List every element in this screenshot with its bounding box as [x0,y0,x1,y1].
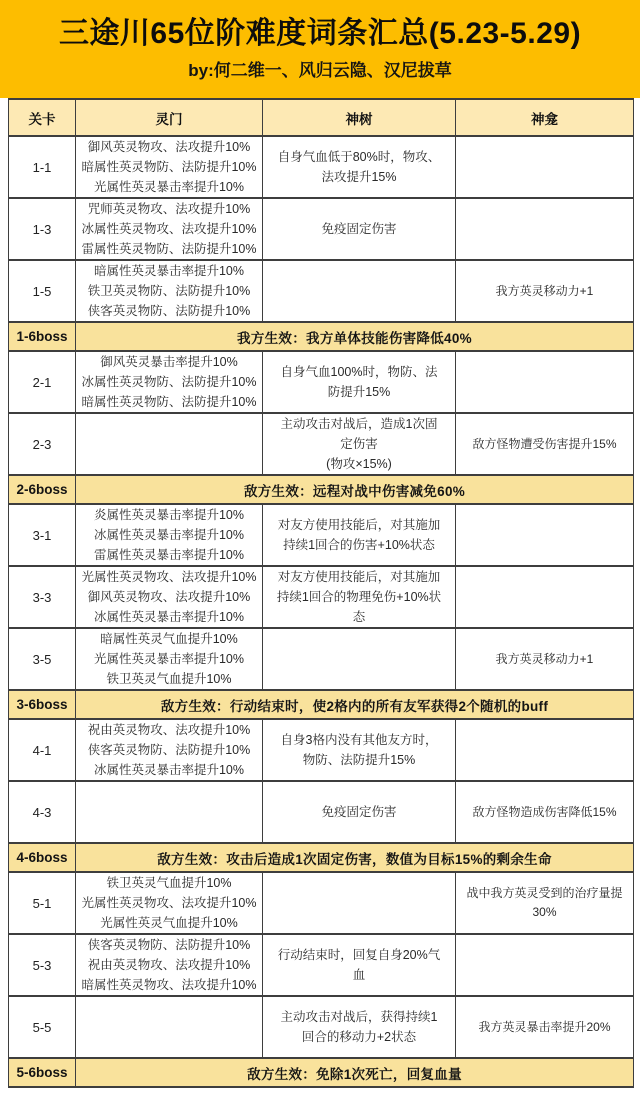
page-subtitle: by:何二维一、风归云隐、汉尼拔草 [188,56,452,81]
table-row-5-1: 5-1 铁卫英灵气血提升10% 光属性英灵物攻、法攻提升10% 光属性英灵气血提… [9,872,634,934]
boss-effect-cell: 敌方生效：行动结束时，使2格内的所有友军获得2个随机的buff [76,690,634,719]
buff-line: 暗属性英灵暴击率提升10% [78,261,260,281]
table-row-3-3: 3-3 光属性英灵物攻、法攻提升10% 御风英灵物攻、法攻提升10% 冰属性英灵… [9,566,634,628]
shenkan-cell [456,136,634,198]
lingmen-cell [76,781,263,843]
shenkan-cell: 我方英灵移动力+1 [456,628,634,690]
lingmen-cell: 光属性英灵物攻、法攻提升10% 御风英灵物攻、法攻提升10% 冰属性英灵暴击率提… [76,566,263,628]
buff-line: 光属性英灵暴击率提升10% [78,649,260,669]
buff-line: 御风英灵物攻、法攻提升10% [78,137,260,157]
col-header-shenkan: 神龛 [456,99,634,136]
lingmen-cell: 侠客英灵物防、法防提升10% 祝由英灵物攻、法攻提升10% 暗属性英灵物攻、法攻… [76,934,263,996]
shenkan-cell: 敌方怪物遭受伤害提升15% [456,413,634,475]
buff-line: 冰属性英灵物防、法防提升10% [78,372,260,392]
lingmen-cell: 炎属性英灵暴击率提升10% 冰属性英灵暴击率提升10% 雷属性英灵暴击率提升10… [76,504,263,566]
lingmen-cell: 暗属性英灵暴击率提升10% 铁卫英灵物防、法防提升10% 侠客英灵物防、法防提升… [76,260,263,322]
boss-level-cell: 3-6boss [9,690,76,719]
shenkan-cell [456,566,634,628]
shenshu-cell: 自身气血100%时，物防、法防提升15% [263,351,456,413]
lingmen-cell: 暗属性英灵气血提升10% 光属性英灵暴击率提升10% 铁卫英灵气血提升10% [76,628,263,690]
table-row-1-1: 1-1 御风英灵物攻、法攻提升10% 暗属性英灵物防、法防提升10% 光属性英灵… [9,136,634,198]
boss-effect-cell: 敌方生效：攻击后造成1次固定伤害，数值为目标15%的剩余生命 [76,843,634,872]
buff-line: 咒师英灵物攻、法攻提升10% [78,199,260,219]
buff-line: 炎属性英灵暴击率提升10% [78,505,260,525]
buff-line: 雷属性英灵暴击率提升10% [78,545,260,565]
level-cell: 1-5 [9,260,76,322]
shenshu-cell [263,260,456,322]
buff-line: 御风英灵暴击率提升10% [78,352,260,372]
buff-line: 暗属性英灵气血提升10% [78,629,260,649]
lingmen-cell: 铁卫英灵气血提升10% 光属性英灵物攻、法攻提升10% 光属性英灵气血提升10% [76,872,263,934]
level-cell: 4-1 [9,719,76,781]
level-cell: 5-1 [9,872,76,934]
level-cell: 5-5 [9,996,76,1058]
buff-line: 冰属性英灵物攻、法攻提升10% [78,219,260,239]
buff-line: 暗属性英灵物防、法防提升10% [78,392,260,412]
shenshu-cell: 免疫固定伤害 [263,198,456,260]
lingmen-cell: 祝由英灵物攻、法攻提升10% 侠客英灵物防、法防提升10% 冰属性英灵暴击率提升… [76,719,263,781]
shenshu-cell: 行动结束时，回复自身20%气血 [263,934,456,996]
lingmen-cell: 咒师英灵物攻、法攻提升10% 冰属性英灵物攻、法攻提升10% 雷属性英灵物防、法… [76,198,263,260]
shenkan-cell [456,934,634,996]
lingmen-cell: 御风英灵暴击率提升10% 冰属性英灵物防、法防提升10% 暗属性英灵物防、法防提… [76,351,263,413]
header-row: 关卡 灵门 神树 神龛 [9,99,634,136]
buff-line: 铁卫英灵气血提升10% [78,873,260,893]
buff-line: 铁卫英灵气血提升10% [78,669,260,689]
boss-row-3-6: 3-6boss 敌方生效：行动结束时，使2格内的所有友军获得2个随机的buff [9,690,634,719]
buff-line: 光属性英灵暴击率提升10% [78,177,260,197]
buff-line: 光属性英灵气血提升10% [78,913,260,933]
shenshu-cell [263,872,456,934]
table-row-5-3: 5-3 侠客英灵物防、法防提升10% 祝由英灵物攻、法攻提升10% 暗属性英灵物… [9,934,634,996]
level-cell: 2-3 [9,413,76,475]
table-row-3-5: 3-5 暗属性英灵气血提升10% 光属性英灵暴击率提升10% 铁卫英灵气血提升1… [9,628,634,690]
shenkan-cell: 战中我方英灵受到的治疗量提30% [456,872,634,934]
level-cell: 3-1 [9,504,76,566]
shenshu-cell: 对友方使用技能后，对其施加持续1回合的伤害+10%状态 [263,504,456,566]
page-title: 三途川65位阶难度词条汇总(5.23-5.29) [59,17,581,51]
shenshu-cell: 自身3格内没有其他友方时，物防、法防提升15% [263,719,456,781]
buff-line: 侠客英灵物防、法防提升10% [78,301,260,321]
buff-line: 雷属性英灵物防、法防提升10% [78,239,260,259]
buff-line: 冰属性英灵暴击率提升10% [78,607,260,627]
boss-level-cell: 1-6boss [9,322,76,351]
level-cell: 2-1 [9,351,76,413]
shenkan-cell: 敌方怪物造成伤害降低15% [456,781,634,843]
table-row-4-1: 4-1 祝由英灵物攻、法攻提升10% 侠客英灵物防、法防提升10% 冰属性英灵暴… [9,719,634,781]
lingmen-cell: 御风英灵物攻、法攻提升10% 暗属性英灵物防、法防提升10% 光属性英灵暴击率提… [76,136,263,198]
col-header-shenshu: 神树 [263,99,456,136]
lingmen-cell [76,413,263,475]
col-header-lingmen: 灵门 [76,99,263,136]
shenshu-cell: 主动攻击对战后，造成1次固定伤害 (物攻×15%) [263,413,456,475]
boss-row-2-6: 2-6boss 敌方生效：远程对战中伤害减免60% [9,475,634,504]
buff-line: 御风英灵物攻、法攻提升10% [78,587,260,607]
boss-effect-cell: 我方生效：我方单体技能伤害降低40% [76,322,634,351]
buff-line: 暗属性英灵物防、法防提升10% [78,157,260,177]
buff-line: 暗属性英灵物攻、法攻提升10% [78,975,260,995]
buff-line: 侠客英灵物防、法防提升10% [78,740,260,760]
shenshu-cell: 免疫固定伤害 [263,781,456,843]
boss-level-cell: 2-6boss [9,475,76,504]
boss-level-cell: 4-6boss [9,843,76,872]
level-cell: 1-1 [9,136,76,198]
col-header-level: 关卡 [9,99,76,136]
table-row-3-1: 3-1 炎属性英灵暴击率提升10% 冰属性英灵暴击率提升10% 雷属性英灵暴击率… [9,504,634,566]
title-banner: 三途川65位阶难度词条汇总(5.23-5.29) by:何二维一、风归云隐、汉尼… [0,0,640,98]
table-row-2-1: 2-1 御风英灵暴击率提升10% 冰属性英灵物防、法防提升10% 暗属性英灵物防… [9,351,634,413]
shenshu-cell: 对友方使用技能后，对其施加持续1回合的物理免伤+10%状态 [263,566,456,628]
buff-line: 铁卫英灵物防、法防提升10% [78,281,260,301]
lingmen-cell [76,996,263,1058]
difficulty-table: 关卡 灵门 神树 神龛 1-1 御风英灵物攻、法攻提升10% 暗属性英灵物防、法… [8,98,634,1088]
table-row-4-3: 4-3 免疫固定伤害 敌方怪物造成伤害降低15% [9,781,634,843]
shenkan-cell [456,351,634,413]
buff-line: 冰属性英灵暴击率提升10% [78,760,260,780]
buff-line: 光属性英灵物攻、法攻提升10% [78,567,260,587]
buff-line: 光属性英灵物攻、法攻提升10% [78,893,260,913]
boss-row-5-6: 5-6boss 敌方生效：免除1次死亡，回复血量 [9,1058,634,1087]
boss-effect-cell: 敌方生效：免除1次死亡，回复血量 [76,1058,634,1087]
boss-row-4-6: 4-6boss 敌方生效：攻击后造成1次固定伤害，数值为目标15%的剩余生命 [9,843,634,872]
buff-line: 侠客英灵物防、法防提升10% [78,935,260,955]
boss-effect-cell: 敌方生效：远程对战中伤害减免60% [76,475,634,504]
shenshu-cell [263,628,456,690]
buff-line: 祝由英灵物攻、法攻提升10% [78,720,260,740]
table-row-2-3: 2-3 主动攻击对战后，造成1次固定伤害 (物攻×15%) 敌方怪物遭受伤害提升… [9,413,634,475]
shenshu-cell: 主动攻击对战后，获得持续1回合的移动力+2状态 [263,996,456,1058]
shenkan-cell [456,719,634,781]
buff-line: 祝由英灵物攻、法攻提升10% [78,955,260,975]
shenkan-cell: 我方英灵移动力+1 [456,260,634,322]
shenkan-cell [456,198,634,260]
table-row-1-5: 1-5 暗属性英灵暴击率提升10% 铁卫英灵物防、法防提升10% 侠客英灵物防、… [9,260,634,322]
level-cell: 3-3 [9,566,76,628]
boss-row-1-6: 1-6boss 我方生效：我方单体技能伤害降低40% [9,322,634,351]
level-cell: 4-3 [9,781,76,843]
table-row-5-5: 5-5 主动攻击对战后，获得持续1回合的移动力+2状态 我方英灵暴击率提升20% [9,996,634,1058]
buff-line: 冰属性英灵暴击率提升10% [78,525,260,545]
shenkan-cell [456,504,634,566]
shenkan-cell: 我方英灵暴击率提升20% [456,996,634,1058]
level-cell: 5-3 [9,934,76,996]
level-cell: 3-5 [9,628,76,690]
table-row-1-3: 1-3 咒师英灵物攻、法攻提升10% 冰属性英灵物攻、法攻提升10% 雷属性英灵… [9,198,634,260]
level-cell: 1-3 [9,198,76,260]
shenshu-cell: 自身气血低于80%时，物攻、法攻提升15% [263,136,456,198]
boss-level-cell: 5-6boss [9,1058,76,1087]
